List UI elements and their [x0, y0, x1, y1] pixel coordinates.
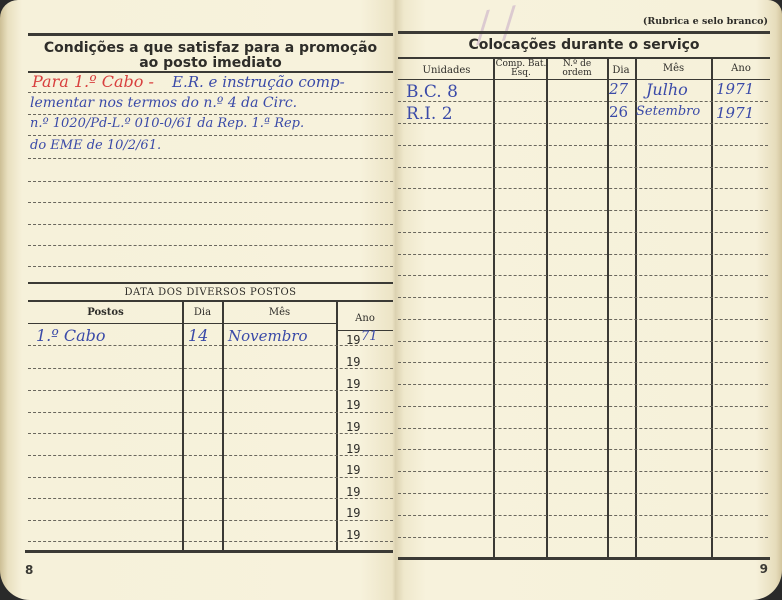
- ruled-line: [398, 167, 768, 168]
- posto-row1-mes: Novembro: [228, 327, 308, 345]
- ruled-line: [28, 345, 393, 346]
- postos-title-rule: [28, 300, 393, 302]
- ruled-line: [398, 254, 768, 255]
- col-header-unidades: Unidades: [398, 66, 495, 76]
- year-prefix: 19: [346, 506, 360, 520]
- placement-row1-unidade: B.C. 8: [406, 82, 458, 102]
- year-prefix: 19: [346, 442, 360, 456]
- ruled-line: [398, 188, 768, 189]
- ruled-line: [398, 384, 768, 385]
- col-header-ano: Ano: [337, 314, 393, 324]
- placement-row1-ano: 1971: [716, 80, 754, 98]
- year-prefix: 19: [346, 485, 360, 499]
- ruled-line: [28, 477, 393, 478]
- promotion-title-line2: ao posto imediato: [28, 55, 393, 71]
- col-divider: [635, 58, 637, 558]
- ruled-line: [28, 520, 393, 521]
- top-rule: [28, 33, 393, 36]
- ruled-line: [398, 362, 768, 363]
- ruled-line: [28, 202, 393, 203]
- handwritten-line-1: E.R. e instrução comp-: [172, 73, 345, 91]
- postos-top-rule: [28, 282, 393, 284]
- ruled-line: [398, 145, 768, 146]
- year-prefix: 19: [346, 333, 360, 347]
- posto-row1-year-suffix: 71: [361, 329, 378, 344]
- top-rule: [398, 31, 770, 34]
- year-prefix: 19: [346, 463, 360, 477]
- col-header-mes: Mês: [222, 308, 337, 318]
- col-divider: [336, 302, 338, 550]
- ruled-line: [398, 428, 768, 429]
- col-header-dia: Dia: [607, 66, 635, 76]
- ruled-line: [28, 224, 393, 225]
- ruled-line: [28, 92, 393, 93]
- ruled-line: [398, 341, 768, 342]
- header-rule: [398, 79, 770, 80]
- bottom-rule: [25, 550, 393, 553]
- ruled-line: [398, 537, 768, 538]
- year-prefix: 19: [346, 420, 360, 434]
- col-header-ordem: N.º de ordem: [547, 60, 607, 78]
- placement-row1-dia: 27: [609, 80, 628, 98]
- promotion-title-line1: Condições a que satisfaz para a promoção: [28, 40, 393, 56]
- col-divider: [607, 58, 609, 558]
- year-prefix: 19: [346, 528, 360, 542]
- placement-row2-mes: Setembro: [636, 104, 700, 119]
- ruled-line: [28, 433, 393, 434]
- postos-section-title: DATA DOS DIVERSOS POSTOS: [28, 288, 393, 298]
- placements-title: Colocações durante o serviço: [398, 36, 770, 54]
- posto-row1-dia: 14: [188, 326, 208, 345]
- placement-row2-dia: 26: [609, 103, 628, 121]
- ruled-line: [28, 390, 393, 391]
- col-divider: [711, 58, 713, 558]
- handwritten-line-3: n.º 1020/Pd-L.º 010-0/61 da Rep. 1.ª Rep…: [30, 116, 304, 131]
- signature-caption: (Rubrica e selo branco): [643, 16, 768, 27]
- page-number-right: 9: [760, 562, 768, 576]
- col-header-ano: Ano: [712, 64, 770, 74]
- ruled-line: [398, 232, 768, 233]
- left-page: Condições a que satisfaz para a promoção…: [0, 0, 396, 600]
- col-divider: [182, 302, 184, 550]
- ruled-line: [28, 114, 393, 115]
- right-page: / / (Rubrica e selo branco) Colocações d…: [396, 0, 782, 600]
- ruled-line: [28, 266, 393, 267]
- ruled-line: [28, 181, 393, 182]
- ruled-line: [28, 455, 393, 456]
- ruled-line: [28, 368, 393, 369]
- ruled-line: [398, 493, 768, 494]
- ruled-line: [398, 471, 768, 472]
- year-prefix: 19: [346, 377, 360, 391]
- handwritten-promotion-heading: Para 1.º Cabo -: [32, 72, 154, 91]
- page-number-left: 8: [25, 563, 33, 577]
- col-divider: [546, 58, 548, 558]
- year-prefix: 19: [346, 355, 360, 369]
- year-prefix: 19: [346, 398, 360, 412]
- ruled-line: [28, 498, 393, 499]
- ruled-line: [398, 210, 768, 211]
- ruled-line: [28, 541, 393, 542]
- col-header-dia: Dia: [183, 308, 222, 318]
- ruled-line: [398, 319, 768, 320]
- col-header-comp: Comp. Bat. Esq.: [495, 60, 547, 78]
- ruled-line: [398, 275, 768, 276]
- ruled-line: [398, 449, 768, 450]
- posto-row1-posto: 1.º Cabo: [36, 326, 106, 345]
- ruled-line: [28, 245, 393, 246]
- col-header-mes: Mês: [635, 64, 712, 74]
- ruled-line: [28, 158, 393, 159]
- handwritten-line-2: lementar nos termos do n.º 4 da Circ.: [30, 95, 297, 111]
- col-divider: [493, 58, 495, 558]
- placement-row1-mes: Julho: [646, 80, 688, 99]
- placement-row2-ano: 1971: [716, 104, 754, 122]
- placement-row2-unidade: R.I. 2: [406, 104, 453, 124]
- ruled-line: [28, 412, 393, 413]
- handwritten-line-4: do EME de 10/2/61.: [30, 138, 161, 153]
- ruled-line: [398, 406, 768, 407]
- ruled-line: [398, 297, 768, 298]
- ruled-line: [398, 123, 768, 124]
- col-header-postos: Postos: [28, 308, 183, 318]
- ruled-line: [28, 135, 393, 136]
- bottom-rule: [398, 557, 770, 560]
- ruled-line: [398, 515, 768, 516]
- col-divider: [222, 302, 224, 550]
